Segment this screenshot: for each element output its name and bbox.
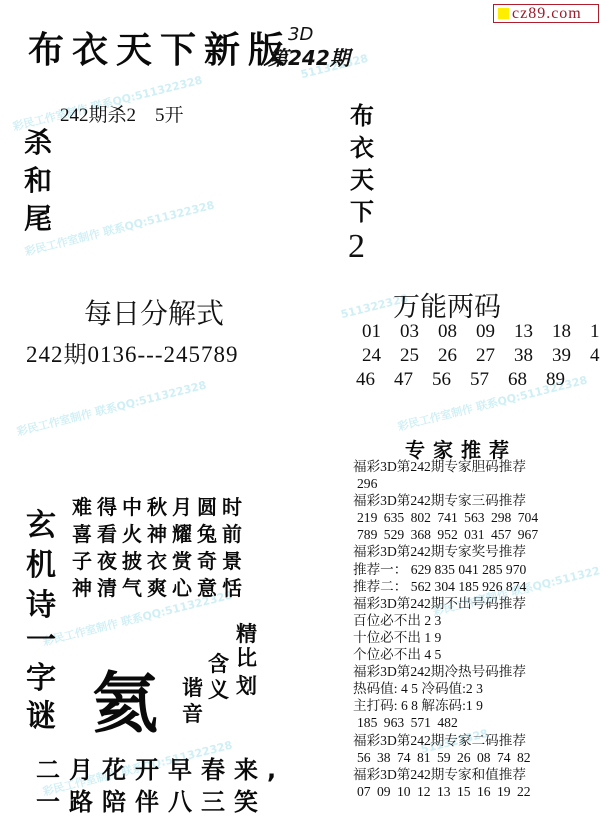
code: 47 (394, 368, 432, 392)
expert-list: 福彩3D第242期专家胆码推荐 296 福彩3D第242期专家三码推荐 219 … (353, 458, 538, 800)
riddle-side-char: 一 (26, 622, 66, 660)
expert-line: 百位必不出 2 3 (353, 612, 538, 629)
yellow-square-icon (498, 8, 509, 19)
poem-side-char: 玄 (26, 506, 66, 546)
expert-line: 福彩3D第242期专家胆码推荐 (353, 458, 538, 475)
code: 57 (470, 368, 508, 392)
expert-line: 福彩3D第242期冷热号码推荐 (353, 663, 538, 680)
expert-line: 789 529 368 952 031 457 967 (353, 526, 538, 543)
site-logo[interactable]: cz89.com (493, 4, 599, 23)
kill-vertical-label: 杀 和 尾 (24, 124, 60, 238)
daily-title: 每日分解式 (84, 292, 224, 332)
code: 68 (508, 368, 546, 392)
logo-text: cz89.com (512, 6, 582, 22)
kill-char: 尾 (24, 200, 60, 238)
code: 01 (362, 320, 400, 344)
riddle-character: 氦 (92, 650, 158, 745)
code: 56 (432, 368, 470, 392)
expert-line: 56 38 74 81 59 26 08 74 82 (353, 749, 538, 766)
wanneng-row: 46 47 56 57 68 89 (356, 368, 600, 392)
code: 26 (438, 344, 476, 368)
code: 13 (514, 320, 552, 344)
code: 08 (438, 320, 476, 344)
issue-label: 第242期 (268, 42, 350, 71)
couplet-line: 一路陪伴八三笑 (36, 786, 285, 818)
buyi-char: 衣 (347, 132, 377, 164)
expert-line: 福彩3D第242期专家和值推荐 (353, 766, 538, 783)
code: 89 (546, 368, 584, 392)
buyi-char: 下 (347, 196, 377, 228)
expert-line: 福彩3D第242期专家奖号推荐 (353, 543, 538, 560)
expert-line: 福彩3D第242期专家三码推荐 (353, 492, 538, 509)
wanneng-title: 万能两码 (393, 285, 501, 324)
poem-line: 喜看火神耀兔前 (72, 521, 247, 548)
wanneng-row: 24 25 26 27 38 39 45? (362, 344, 600, 368)
wanneng-row: 01 03 08 09 13 18 19? (362, 320, 600, 344)
poem-line: 难得中秋月圆时 (72, 494, 247, 521)
riddle-hint: 义 (208, 674, 229, 704)
riddle-hint: 划 (236, 670, 257, 700)
buyi-number: 2 (348, 228, 365, 266)
poem-side-char: 机 (26, 546, 66, 586)
code: 46 (356, 368, 394, 392)
expert-line: 07 09 10 12 13 15 16 19 22 (353, 783, 538, 800)
code: 18 (552, 320, 590, 344)
code: 19? (590, 320, 600, 344)
expert-line: 十位必不出 1 9 (353, 629, 538, 646)
expert-line: 福彩3D第242期专家二码推荐 (353, 732, 538, 749)
expert-line: 热码值: 4 5 冷码值:2 3 (353, 680, 538, 697)
code: 27 (476, 344, 514, 368)
buyi-vertical-label: 布 衣 天 下 (347, 100, 377, 228)
poem-side-char: 诗 (26, 586, 66, 626)
riddle-hint: 音 (182, 698, 203, 728)
riddle-hint: 比 (236, 642, 257, 672)
couplet: 二月花开早春来, 一路陪伴八三笑 (36, 754, 285, 818)
couplet-line: 二月花开早春来, (36, 754, 285, 786)
buyi-char: 天 (347, 164, 377, 196)
code: 38 (514, 344, 552, 368)
riddle-side-char: 谜 (26, 698, 66, 736)
wanneng-grid: 01 03 08 09 13 18 19? 24 25 26 27 38 39 … (362, 320, 600, 392)
code: 45? (590, 344, 600, 368)
code: 24 (362, 344, 400, 368)
poem-line: 子夜披衣赏奇景 (72, 548, 247, 575)
expert-line: 219 635 802 741 563 298 704 (353, 509, 538, 526)
page-title: 布衣天下新版 (28, 22, 292, 73)
expert-line: 296 (353, 475, 538, 492)
watermark: 彩民工作室制作 联系QQ:511322328 (15, 377, 208, 440)
kill-line: 242期杀2 5开 (60, 100, 184, 127)
code: 03 (400, 320, 438, 344)
buyi-char: 布 (347, 100, 377, 132)
kill-char: 杀 (24, 124, 60, 162)
expert-line: 推荐一： 629 835 041 285 970 (353, 561, 538, 578)
daily-line: 242期0136---245789 (26, 336, 238, 369)
code: 09 (476, 320, 514, 344)
code: 39 (552, 344, 590, 368)
kill-char: 和 (24, 162, 60, 200)
expert-line: 福彩3D第242期不出号码推荐 (353, 595, 538, 612)
riddle-side-label: 一 字 谜 (26, 622, 66, 736)
expert-line: 185 963 571 482 (353, 714, 538, 731)
expert-line: 推荐二： 562 304 185 926 874 (353, 578, 538, 595)
expert-line: 主打码: 6 8 解冻码:1 9 (353, 697, 538, 714)
riddle-side-char: 字 (26, 660, 66, 698)
poem-side-label: 玄 机 诗 (26, 506, 66, 626)
code: 25 (400, 344, 438, 368)
poem-line: 神清气爽心意恬 (72, 575, 247, 602)
poem-text: 难得中秋月圆时 喜看火神耀兔前 子夜披衣赏奇景 神清气爽心意恬 (72, 494, 247, 602)
expert-line: 个位必不出 4 5 (353, 646, 538, 663)
